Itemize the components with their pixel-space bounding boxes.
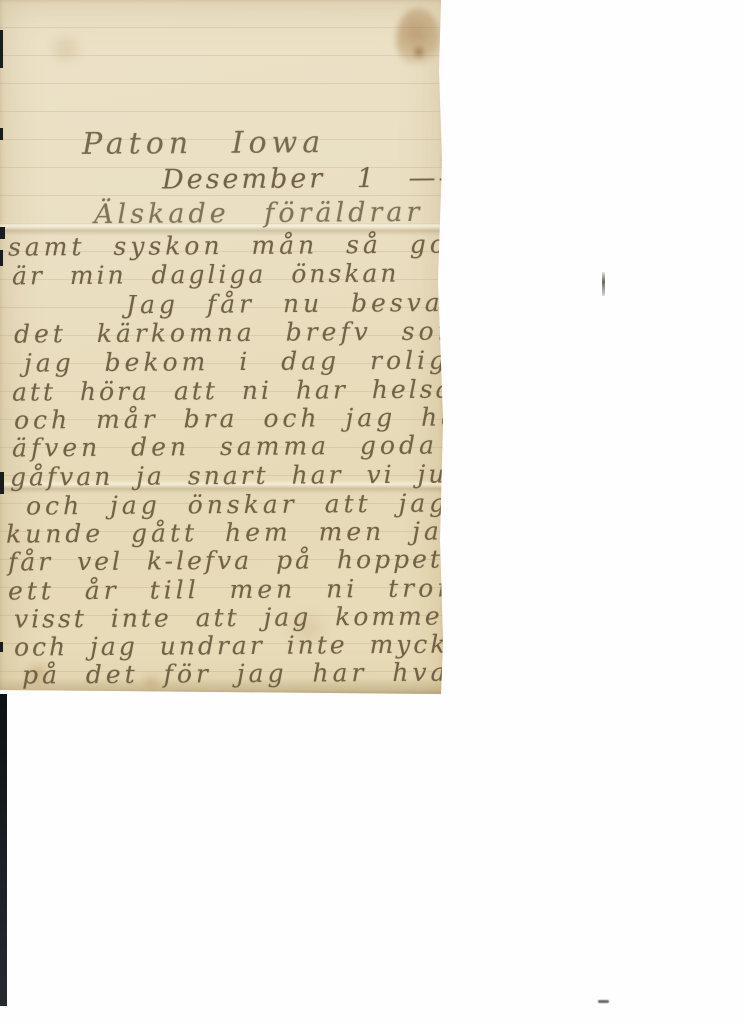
handwriting-line: kunde gått hem men jag	[6, 516, 463, 548]
handwriting-line: att höra att ni har helsan	[12, 374, 473, 406]
scan-edge-sliver	[0, 128, 3, 140]
salutation-line: Älskade föräldrar	[94, 197, 424, 230]
scan-edge-sliver	[0, 472, 4, 494]
handwriting-line: Jag får nu besvara	[126, 288, 479, 319]
scan-edge-sliver	[0, 227, 5, 239]
scan-edge-sliver	[0, 30, 3, 68]
stain	[396, 8, 440, 70]
letter-page: Paton Iowa Desember 1 —— 1899 Älskade fö…	[0, 0, 443, 694]
handwriting-line: gåfvan ja snart har vi jul	[10, 459, 459, 491]
handwriting-line: ett år till men ni tror	[8, 573, 453, 605]
scan-dash-mark	[598, 1000, 609, 1003]
stain	[412, 44, 426, 60]
handwriting-line: jag bekom i dag roligt	[24, 345, 463, 377]
handwriting-line: det kärkomna brefv som	[14, 316, 466, 348]
handwriting-line: är min dagliga önskan	[12, 259, 400, 291]
scan-edge-sliver	[0, 642, 3, 652]
scan-edge-sliver	[0, 250, 3, 266]
handwriting-line: och jag önskar att jag	[26, 489, 449, 521]
handwriting-line: och jag undrar inte mycket	[14, 629, 480, 661]
handwriting-line: äfven den samma goda	[12, 431, 438, 463]
handwriting-line: på det för jag har hvat	[22, 657, 464, 689]
handwriting-line: samt syskon mån så gott	[8, 229, 477, 261]
handwriting-line: visst inte att jag kommer	[14, 601, 458, 633]
handwriting-line: får vel k-lefva på hoppet	[8, 544, 443, 576]
place-line: Paton Iowa	[82, 125, 325, 162]
date-line: Desember 1 —— 1899	[162, 162, 581, 196]
scanner-edge-strip	[0, 694, 7, 1006]
stain	[42, 36, 90, 62]
scan-tick-mark	[602, 272, 605, 296]
